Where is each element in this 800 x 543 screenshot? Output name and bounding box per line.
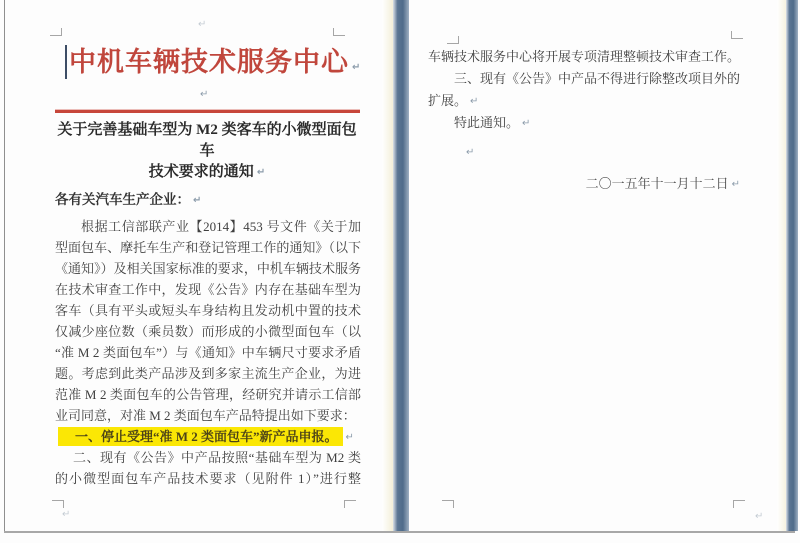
page-bottom-edge-line (4, 531, 795, 533)
right-page-shadow-bar (786, 0, 798, 531)
paragraph-mark-icon: ↵ (755, 512, 763, 522)
body-line: 题。考虑到此类产品涉及到多家主流生产企业，为进一步规 (55, 363, 361, 384)
body-line: 的小微型面包车产品技术要求（见附件 1）”进行整改，中机 (55, 468, 361, 489)
document-two-page-view: ↵ 中机车辆技术服务中心↵ ↵ 关于完善基础车型为 M2 类客车的小微型面包车 … (0, 0, 800, 543)
body-line: 客车（具有平头或短头车身结构且发动机中置的技术特征） (55, 300, 361, 321)
crop-mark-icon (344, 500, 356, 508)
paragraph-mark-icon: ↵ (466, 148, 474, 158)
crop-mark-icon (333, 28, 345, 36)
crop-mark-icon (52, 500, 64, 508)
crop-mark-icon (442, 500, 454, 508)
body-line: “准 M 2 类面包车”）与《通知》中车辆尺寸要求矛盾的问 (55, 342, 361, 363)
body-line: 范准 M 2 类面包车的公告管理，经研究并请示工信部装备工 (55, 384, 361, 405)
body-line: 车辆技术服务中心将开展专项清理整顿技术审查工作。↵ (428, 46, 740, 68)
paragraph-mark-icon: ↵ (198, 20, 206, 30)
paragraph-mark-icon: ↵ (352, 62, 361, 73)
crop-mark-icon (50, 28, 62, 36)
document-title: 关于完善基础车型为 M2 类客车的小微型面包车 技术要求的通知↵ (52, 120, 362, 183)
paragraph-mark-icon: ↵ (346, 432, 354, 443)
letterhead-text: 中机车辆技术服务中心 (69, 47, 349, 77)
letterhead-divider-rule (55, 110, 360, 113)
paragraph-mark-icon: ↵ (732, 179, 740, 190)
paragraph-mark-icon: ↵ (62, 510, 70, 520)
highlighted-directive-line: 一、停止受理“准 M 2 类面包车”新产品申报。↵ (55, 426, 361, 447)
paragraph-mark-icon: ↵ (257, 167, 265, 178)
paragraph-mark-icon: ↵ (470, 96, 478, 107)
body-line: 扩展。↵ (428, 90, 740, 112)
document-title-line1: 关于完善基础车型为 M2 类客车的小微型面包车 (52, 120, 362, 162)
paragraph-mark-icon: ↵ (193, 195, 201, 206)
crop-mark-icon (731, 31, 743, 39)
crop-mark-icon (733, 500, 745, 508)
body-line: 型面包车、摩托车生产和登记管理工作的通知》（以下简称 (55, 237, 361, 258)
body-line: 二、现有《公告》中产品按照“基础车型为 M2 类客车 (55, 447, 361, 468)
letterhead-org-name: 中机车辆技术服务中心↵ (69, 44, 369, 80)
left-page-edge-line (4, 0, 5, 532)
body-line: 在技术审查工作中，发现《公告》内存在基础车型为 M2 类 (55, 279, 361, 300)
left-page-edge-tint (382, 0, 393, 531)
body-line: 根据工信部联产业【2014】453 号文件《关于加强小微 (55, 216, 361, 237)
paragraph-mark-icon: ↵ (522, 118, 530, 129)
body-line: 三、现有《公告》中产品不得进行除整改项目外的变更、 (428, 68, 740, 90)
body-paragraphs-left: 根据工信部联产业【2014】453 号文件《关于加强小微 型面包车、摩托车生产和… (55, 216, 361, 489)
text-cursor (65, 45, 67, 79)
signature-date: 二〇一五年十一月十二日↵ (428, 176, 740, 192)
body-line: 特此通知。↵ (428, 112, 740, 134)
body-line: 《通知》）及相关国家标准的要求，中机车辆技术服务中心 (55, 258, 361, 279)
page-divider-shadow-bar (393, 0, 409, 531)
paragraph-mark-icon: ↵ (200, 90, 208, 100)
recipient-line: 各有关汽车生产企业：↵ (55, 192, 361, 208)
body-paragraphs-right: 车辆技术服务中心将开展专项清理整顿技术审查工作。↵ 三、现有《公告》中产品不得进… (428, 46, 740, 134)
body-line: 仅减少座位数（乘员数）而形成的小微型面包车（以下简称 (55, 321, 361, 342)
yellow-highlight-text: 一、停止受理“准 M 2 类面包车”新产品申报。 (58, 427, 343, 446)
body-line: 业司同意，对准 M 2 类面包车产品特提出如下要求： (55, 405, 361, 426)
crop-mark-icon (447, 36, 459, 44)
document-title-line2: 技术要求的通知↵ (52, 162, 362, 183)
